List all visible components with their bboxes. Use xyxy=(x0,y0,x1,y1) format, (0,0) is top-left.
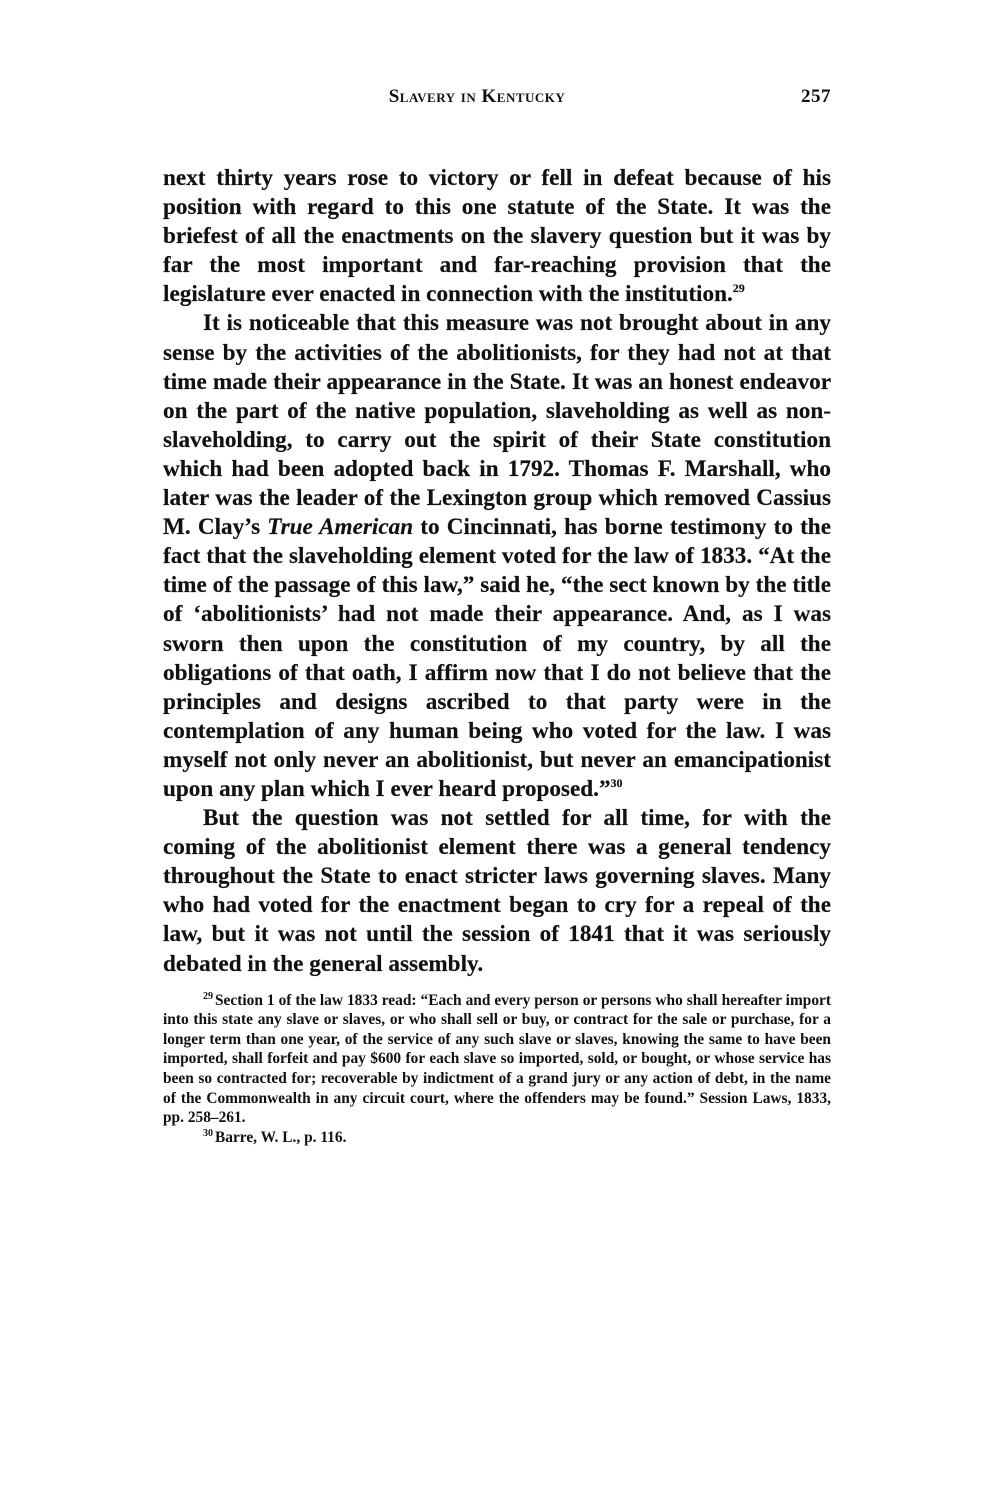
footnote-29-text: Section 1 of the law 1833 read: “Each an… xyxy=(163,992,831,1127)
paragraph-1: next thirty years rose to victory or fel… xyxy=(163,164,831,309)
footnote-30: 30Barre, W. L., p. 116. xyxy=(163,1128,831,1148)
running-head: Slavery in Kentucky 257 xyxy=(163,84,831,114)
paragraph-2-text-b: to Cincinnati, has borne testimony to th… xyxy=(163,514,831,802)
paragraph-3-text: But the question was not settled for all… xyxy=(163,805,831,976)
footnote-mark-29: 29 xyxy=(203,991,213,1002)
paragraph-2-text-a: It is noticeable that this measure was n… xyxy=(163,310,831,540)
running-title: Slavery in Kentucky xyxy=(163,86,831,108)
footnote-29: 29Section 1 of the law 1833 read: “Each … xyxy=(163,991,831,1128)
footnote-ref-30: 30 xyxy=(611,776,623,790)
paragraph-1-text: next thirty years rose to victory or fel… xyxy=(163,165,831,307)
footnote-30-text: Barre, W. L., p. 116. xyxy=(215,1129,346,1146)
footnote-ref-29: 29 xyxy=(733,281,745,295)
newspaper-title: True American xyxy=(267,514,413,540)
footnote-mark-30: 30 xyxy=(203,1128,213,1139)
footnotes: 29Section 1 of the law 1833 read: “Each … xyxy=(163,991,831,1148)
paragraph-3: But the question was not settled for all… xyxy=(163,804,831,979)
document-page: Slavery in Kentucky 257 next thirty year… xyxy=(163,84,831,1147)
body-text: next thirty years rose to victory or fel… xyxy=(163,164,831,979)
paragraph-2: It is noticeable that this measure was n… xyxy=(163,309,831,804)
page-number: 257 xyxy=(801,86,831,108)
